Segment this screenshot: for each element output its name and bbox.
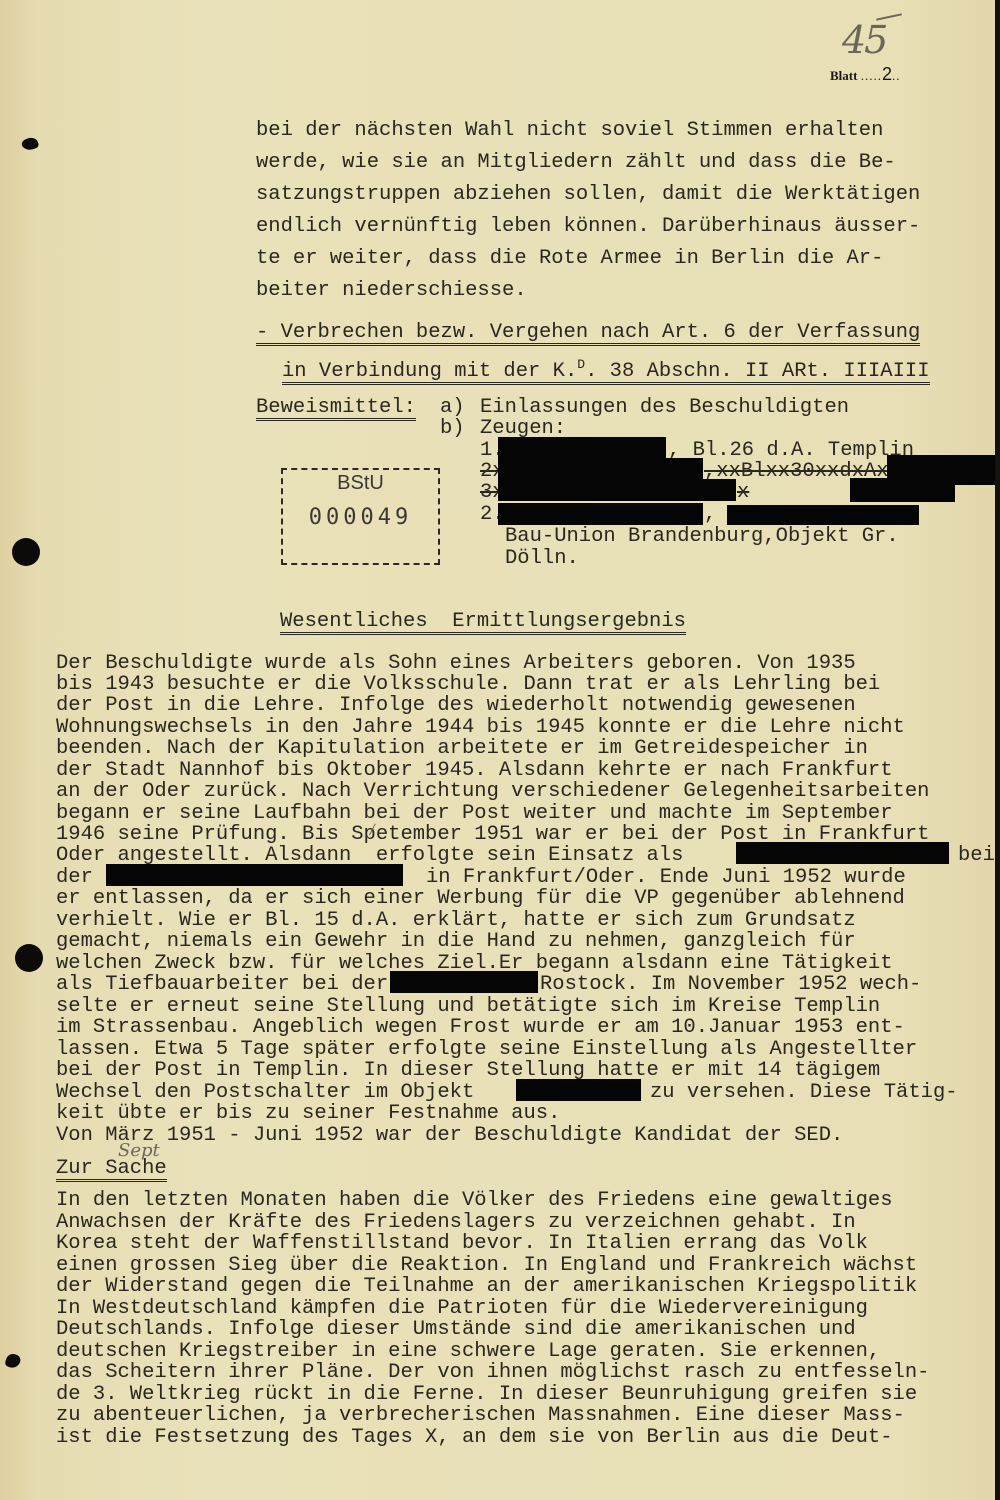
redaction-block [516,1079,641,1101]
punch-hole-icon [12,538,40,566]
redaction-block [498,458,703,480]
archive-stamp: BStU 000049 [281,468,440,565]
redaction-block [390,971,538,993]
redaction-block [736,842,949,864]
sheet-number: 2 [882,64,892,84]
redaction-block [106,864,403,886]
section-heading-facts: Zur Sache [56,1158,167,1182]
charge-line-2: in Verbindung mit der K.D. 38 Abschn. II… [282,354,930,385]
section-heading-investigation: Wesentliches Ermittlungsergebnis [280,611,686,635]
redaction-block [498,479,736,501]
redaction-block [727,505,919,525]
redaction-block [498,503,703,525]
redaction-block [850,478,955,502]
evidence-label: Beweismittel: [256,397,416,421]
scan-edge [995,0,1000,1500]
redaction-block [498,437,666,459]
punch-hole-icon [15,944,43,972]
sheet-number-label: Blatt .....2.. [830,64,900,85]
pencil-folio-number: 45 [842,18,886,62]
charge-line-1: - Verbrechen bezw. Vergehen nach Art. 6 … [256,322,920,346]
handwritten-correction: ∕ [370,822,375,838]
